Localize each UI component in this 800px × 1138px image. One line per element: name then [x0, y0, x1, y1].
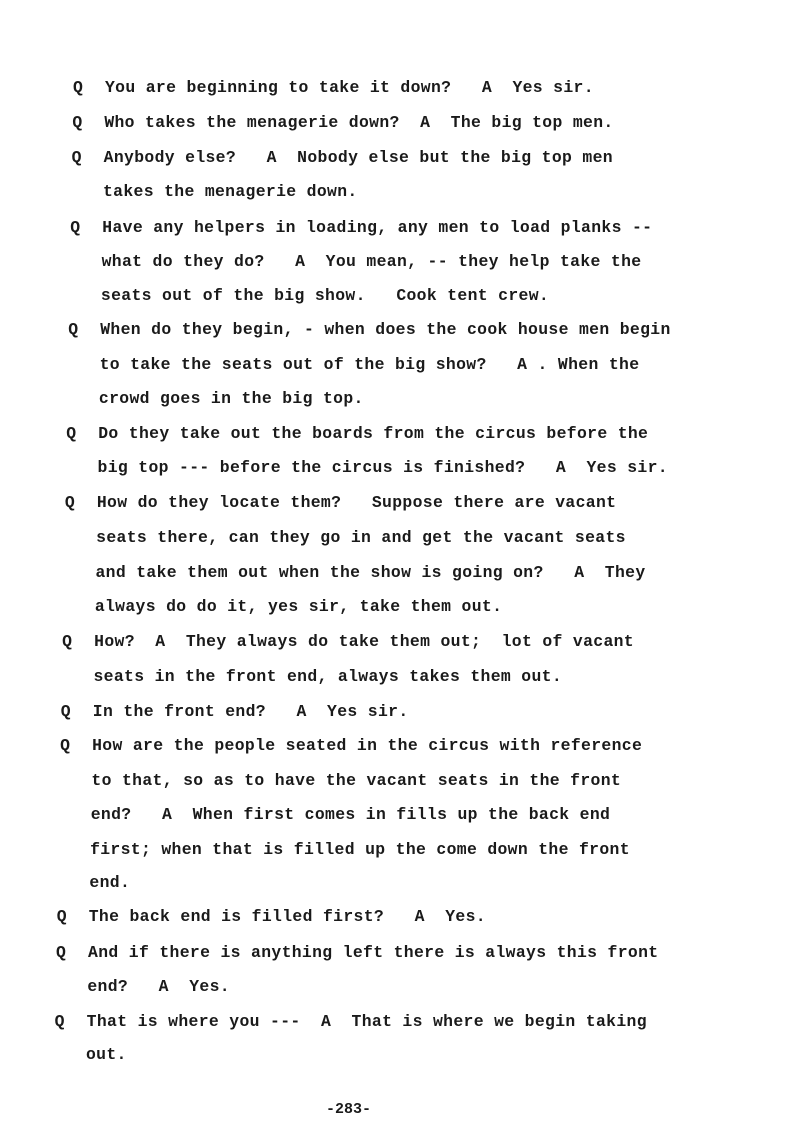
transcript-line: takes the menagerie down.	[103, 182, 358, 202]
transcript-line: Anybody else? A Nobody else but the big …	[104, 148, 613, 168]
transcript-line: Have any helpers in loading, any men to …	[102, 218, 652, 238]
transcript-line: Do they take out the boards from the cir…	[98, 424, 648, 444]
transcript-line: always do do it, yes sir, take them out.	[95, 597, 502, 617]
transcript-line: How? A They always do take them out; lot…	[94, 632, 634, 652]
transcript-line: seats in the front end, always takes the…	[93, 667, 562, 687]
question-marker: Q	[60, 736, 70, 756]
transcript-line: That is where you --- A That is where we…	[87, 1012, 647, 1032]
transcript-line: to take the seats out of the big show? A…	[100, 355, 640, 375]
question-marker: Q	[70, 218, 80, 238]
transcript-line: to that, so as to have the vacant seats …	[91, 771, 621, 791]
transcript-line: big top --- before the circus is finishe…	[98, 458, 668, 478]
transcript-line: How do they locate them? Suppose there a…	[97, 493, 617, 513]
transcript-line: And if there is anything left there is a…	[88, 943, 658, 963]
transcript-line: crowd goes in the big top.	[99, 389, 364, 409]
transcript-line: seats out of the big show. Cook tent cre…	[101, 286, 549, 306]
question-marker: Q	[57, 907, 67, 927]
transcript-line: first; when that is filled up the come d…	[90, 840, 630, 860]
transcript-line: seats there, can they go in and get the …	[96, 528, 626, 548]
question-marker: Q	[72, 148, 82, 168]
question-marker: Q	[62, 632, 72, 652]
transcript-line: Who takes the menagerie down? A The big …	[104, 113, 613, 133]
transcript-line: end? A When first comes in fills up the …	[91, 805, 611, 825]
page-number: -283-	[326, 1101, 371, 1118]
transcript-line: You are beginning to take it down? A Yes…	[105, 78, 594, 98]
question-marker: Q	[66, 424, 76, 444]
transcript-line: and take them out when the show is going…	[96, 563, 646, 583]
question-marker: Q	[68, 320, 78, 340]
transcript-line: In the front end? A Yes sir.	[93, 702, 409, 722]
transcript-line: end? A Yes.	[87, 977, 230, 997]
question-marker: Q	[65, 493, 75, 513]
transcript-line: When do they begin, - when does the cook…	[100, 320, 670, 340]
transcript-line: end.	[89, 873, 130, 893]
transcript-line: what do they do? A You mean, -- they hel…	[102, 252, 642, 272]
question-marker: Q	[61, 702, 71, 722]
transcript-line: out.	[86, 1045, 127, 1065]
question-marker: Q	[72, 113, 82, 133]
question-marker: Q	[55, 1012, 65, 1032]
transcript-line: How are the people seated in the circus …	[92, 736, 642, 756]
transcript-page: QYou are beginning to take it down? A Ye…	[0, 0, 800, 1138]
question-marker: Q	[73, 78, 83, 98]
question-marker: Q	[56, 943, 66, 963]
transcript-line: The back end is filled first? A Yes.	[89, 907, 486, 927]
